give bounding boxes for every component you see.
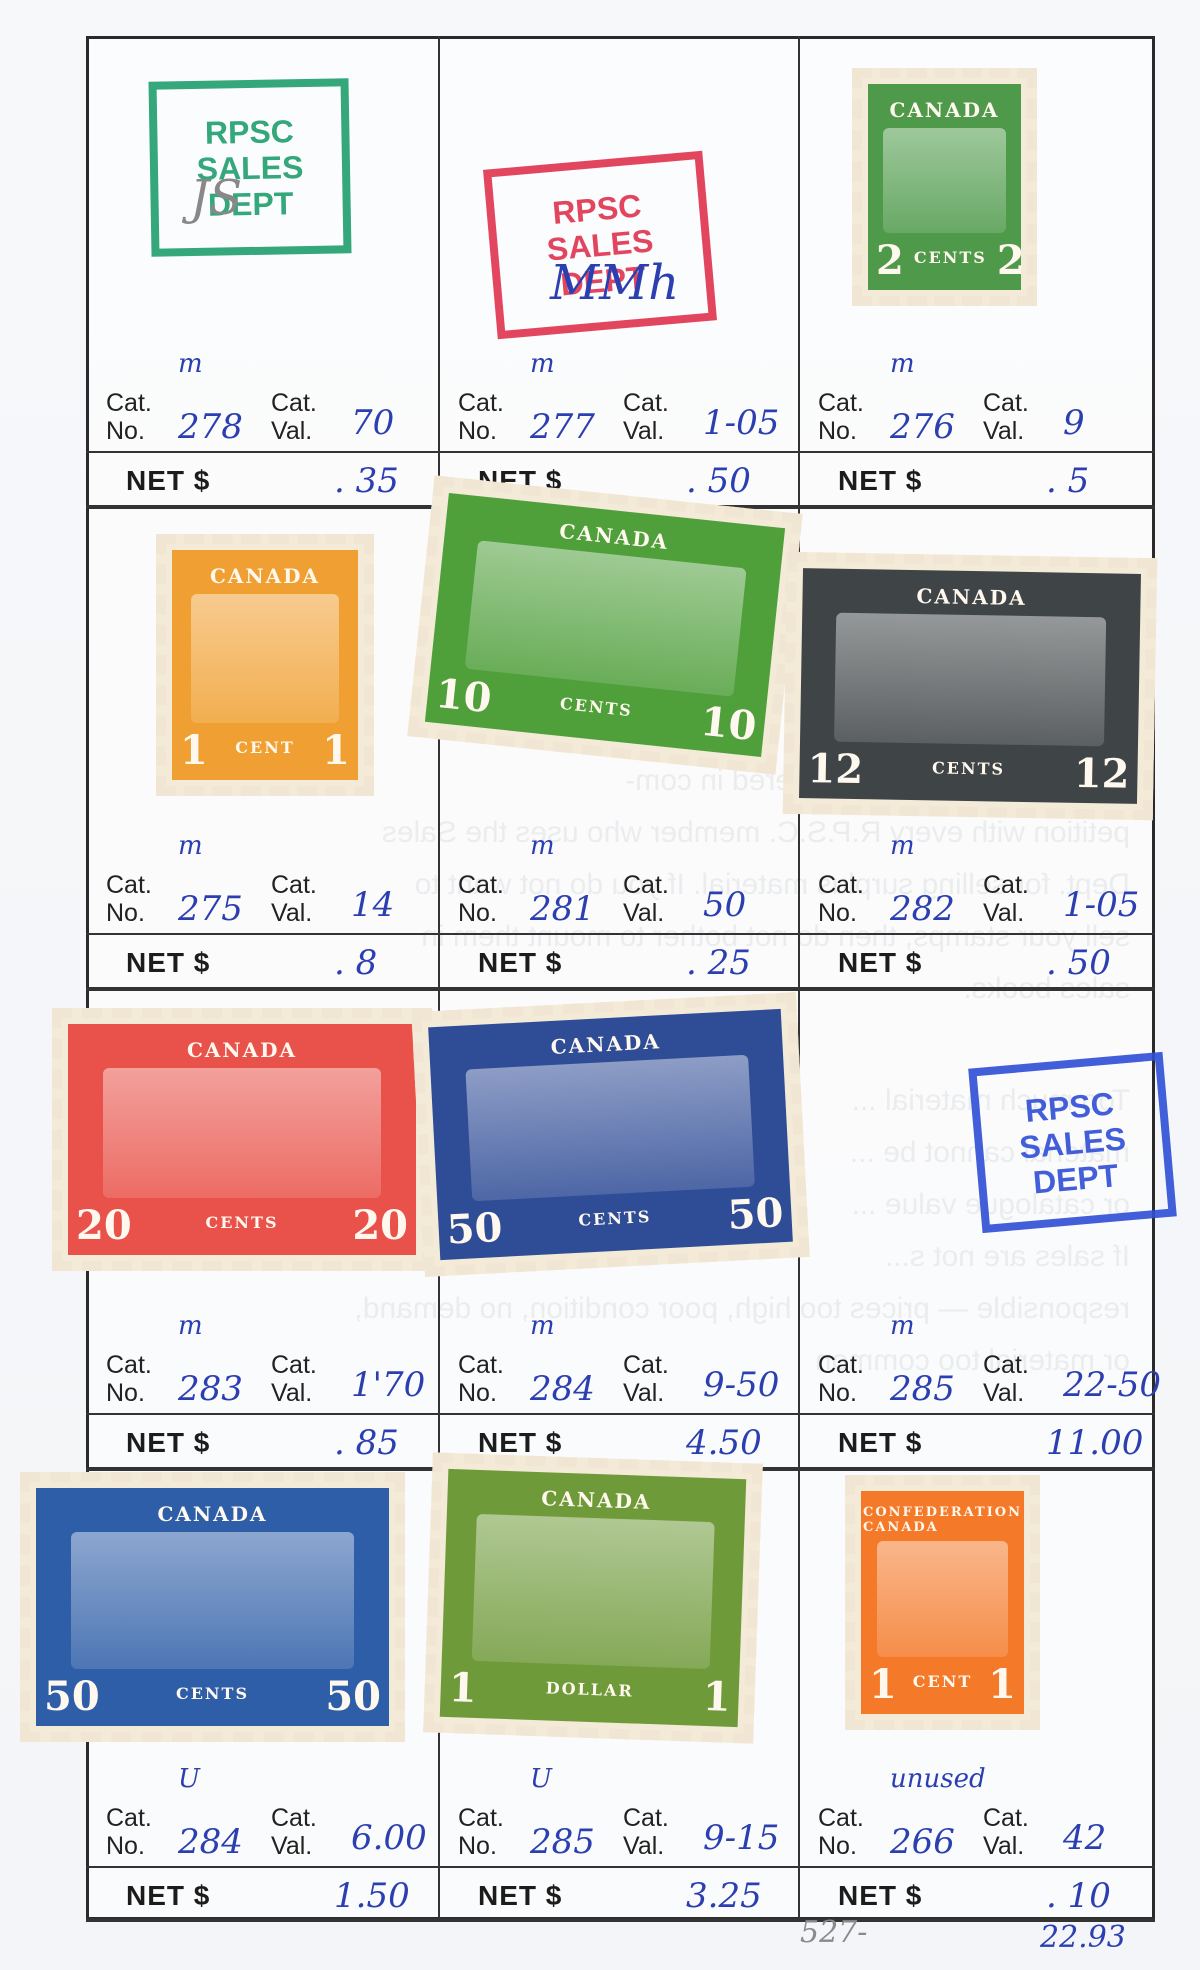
cat-no-value: 282 [890, 889, 955, 929]
net-label: NET $ [126, 465, 210, 497]
cat-label: Cat. [983, 389, 1029, 417]
stamp-value-bar: 12CENTS12 [799, 745, 1138, 798]
cat-label: Cat. [623, 1351, 669, 1379]
cat-label: Cat. [271, 389, 317, 417]
cat-label: Cat. [623, 871, 669, 899]
stamp-vignette [103, 1068, 381, 1198]
val-label: Val. [271, 1379, 312, 1407]
stamp-country: CANADA [200, 562, 330, 590]
stamp-denomination: 12 [807, 745, 863, 793]
stamp-country: CANADA [879, 96, 1009, 124]
cat-val-label: Cat.Val. [983, 1351, 1029, 1407]
cat-no-label: Cat.No. [458, 389, 504, 445]
no-label: No. [458, 899, 497, 927]
cat-val-label: Cat.Val. [983, 871, 1029, 927]
net-value: . 10 [1046, 1876, 1111, 1916]
cat-no-label: Cat.No. [106, 389, 152, 445]
no-label: No. [458, 1379, 497, 1407]
stamp: CONFEDERATION CANADA1CENT1 [845, 1475, 1040, 1730]
cat-no-value: 276 [890, 407, 955, 447]
cat-no-value: 285 [530, 1822, 595, 1862]
net-value: . 25 [686, 943, 751, 983]
net-separator-line [86, 1866, 1155, 1868]
stamp-denomination: 1 [448, 1664, 477, 1712]
cat-no-label: Cat.No. [458, 871, 504, 927]
cat-label: Cat. [458, 871, 504, 899]
stamp-denomination: 20 [352, 1202, 408, 1249]
cat-no-label: Cat.No. [106, 1351, 152, 1407]
row-bottom-line [86, 1918, 1155, 1922]
net-label: NET $ [478, 1880, 562, 1912]
initials-signature: JS [190, 170, 242, 226]
val-label: Val. [983, 1832, 1024, 1860]
stamp-denomination: 50 [325, 1673, 381, 1720]
no-label: No. [818, 899, 857, 927]
net-label: NET $ [838, 1427, 922, 1459]
cat-val-value: 9-15 [703, 1818, 779, 1858]
stamp-design: CANADA50CENTS50 [36, 1488, 389, 1726]
cat-val-label: Cat.Val. [271, 1351, 317, 1407]
cat-label: Cat. [458, 1351, 504, 1379]
stamp-denomination: 10 [698, 698, 758, 751]
stamp-vignette [877, 1541, 1007, 1657]
cat-no-label: Cat.No. [106, 871, 152, 927]
net-value: 1.50 [334, 1876, 410, 1916]
stamp-value-bar: 20CENTS20 [68, 1202, 416, 1249]
no-label: No. [106, 417, 145, 445]
val-label: Val. [271, 1832, 312, 1860]
condition-note: m [178, 1311, 203, 1341]
stamp-value-bar: 1CENT1 [861, 1661, 1024, 1708]
cat-label: Cat. [106, 389, 152, 417]
cat-val-label: Cat.Val. [623, 1804, 669, 1860]
net-separator-line [86, 451, 1155, 453]
net-label: NET $ [838, 1880, 922, 1912]
condition-note: m [178, 349, 203, 379]
cat-val-label: Cat.Val. [271, 1804, 317, 1860]
cat-label: Cat. [818, 1804, 864, 1832]
stamp-design: CANADA20CENTS20 [68, 1024, 416, 1255]
cat-val-value: 1-05 [703, 403, 779, 443]
net-label: NET $ [126, 1427, 210, 1459]
stamp: CANADA50CENTS50 [411, 992, 809, 1277]
net-value: 3.25 [686, 1876, 762, 1916]
sales-book-page: your stamps are being offered in com-pet… [0, 0, 1200, 1970]
net-label: NET $ [126, 1880, 210, 1912]
cat-label: Cat. [106, 871, 152, 899]
cat-no-label: Cat.No. [106, 1804, 152, 1860]
stamp-vignette [71, 1532, 353, 1669]
cat-label: Cat. [458, 1804, 504, 1832]
handstamp-line: RPSC [205, 113, 295, 151]
condition-note: U [530, 1764, 552, 1794]
condition-note: unused [890, 1764, 986, 1794]
condition-note: m [890, 831, 915, 861]
cat-label: Cat. [623, 389, 669, 417]
condition-note: m [178, 831, 203, 861]
cat-label: Cat. [106, 1351, 152, 1379]
cat-label: Cat. [271, 871, 317, 899]
cat-label: Cat. [818, 1351, 864, 1379]
no-label: No. [458, 1832, 497, 1860]
val-label: Val. [271, 899, 312, 927]
no-label: No. [458, 417, 497, 445]
stamp-denomination: 1 [702, 1673, 731, 1721]
no-label: No. [818, 1379, 857, 1407]
stamp-denomination: 2 [997, 237, 1021, 284]
condition-note: m [530, 1311, 555, 1341]
cat-val-label: Cat.Val. [623, 1351, 669, 1407]
stamp: CANADA2CENTS2 [852, 68, 1037, 306]
stamp-country: CANADA [906, 582, 1037, 612]
net-label: NET $ [126, 947, 210, 979]
cat-label: Cat. [271, 1351, 317, 1379]
stamp-unit: CENTS [205, 1213, 278, 1232]
stamp-country: CANADA [540, 1027, 671, 1062]
sales-dept-handstamp: RPSCSALESDEPT [968, 1052, 1177, 1233]
cat-val-label: Cat.Val. [983, 1804, 1029, 1860]
column-divider [798, 36, 800, 507]
stamp-vignette [464, 540, 746, 697]
stamp-denomination: 10 [433, 670, 493, 723]
stamp: CANADA10CENTS10 [407, 475, 802, 774]
cat-val-value: 22-50 [1063, 1365, 1161, 1405]
stamp-design: CANADA1DOLLAR1 [440, 1469, 746, 1727]
cat-val-value: 14 [351, 885, 394, 925]
cat-no-value: 277 [530, 407, 595, 447]
stamp-vignette [466, 1055, 755, 1202]
cat-val-value: 9 [1063, 403, 1085, 443]
cat-label: Cat. [623, 1804, 669, 1832]
net-label: NET $ [838, 947, 922, 979]
cat-no-label: Cat.No. [458, 1351, 504, 1407]
val-label: Val. [623, 417, 664, 445]
cat-val-label: Cat.Val. [271, 389, 317, 445]
stamp-country: CONFEDERATION CANADA [861, 1503, 1024, 1537]
cat-no-value: 284 [178, 1822, 243, 1862]
stamp-unit: CENT [235, 738, 294, 757]
cat-no-label: Cat.No. [818, 1351, 864, 1407]
condition-note: m [890, 1311, 915, 1341]
pencil-total: 527- [800, 1915, 867, 1950]
stamp-unit: CENTS [176, 1684, 249, 1703]
val-label: Val. [623, 1379, 664, 1407]
stamp-unit: DOLLAR [545, 1678, 634, 1700]
condition-note: m [890, 349, 915, 379]
stamp-vignette [191, 594, 340, 723]
stamp-denomination: 1 [180, 727, 208, 774]
stamp-denomination: 50 [44, 1673, 100, 1720]
cat-val-label: Cat.Val. [271, 871, 317, 927]
cat-label: Cat. [983, 1804, 1029, 1832]
net-value: . 85 [334, 1423, 399, 1463]
no-label: No. [818, 1832, 857, 1860]
cat-label: Cat. [983, 1351, 1029, 1379]
stamp: CANADA20CENTS20 [52, 1008, 432, 1271]
val-label: Val. [623, 1832, 664, 1860]
cat-label: Cat. [983, 871, 1029, 899]
condition-note: U [178, 1764, 200, 1794]
cat-val-value: 1'70 [351, 1365, 425, 1405]
cat-no-value: 281 [530, 889, 595, 929]
net-label: NET $ [838, 465, 922, 497]
stamp: CANADA1DOLLAR1 [423, 1452, 763, 1743]
stamp-value-bar: 2CENTS2 [868, 237, 1021, 284]
val-label: Val. [983, 899, 1024, 927]
net-value: 4.50 [686, 1423, 762, 1463]
cat-no-value: 266 [890, 1822, 955, 1862]
cat-val-label: Cat.Val. [623, 871, 669, 927]
handstamp-line: DEPT [1032, 1157, 1120, 1200]
stamp-denomination: 1 [322, 727, 350, 774]
stamp-unit: CENTS [578, 1207, 652, 1230]
val-label: Val. [623, 899, 664, 927]
cat-no-value: 283 [178, 1369, 243, 1409]
stamp-design: CANADA50CENTS50 [428, 1009, 793, 1260]
cat-no-value: 278 [178, 407, 243, 447]
cat-label: Cat. [271, 1804, 317, 1832]
cat-no-label: Cat.No. [818, 1804, 864, 1860]
cat-val-label: Cat.Val. [983, 389, 1029, 445]
cat-val-value: 50 [703, 885, 746, 925]
val-label: Val. [983, 1379, 1024, 1407]
val-label: Val. [983, 417, 1024, 445]
stamp: CANADA50CENTS50 [20, 1472, 405, 1742]
cat-label: Cat. [818, 389, 864, 417]
stamp: CANADA12CENTS12 [783, 552, 1158, 820]
net-value: . 35 [334, 461, 399, 501]
stamp-denomination: 50 [446, 1204, 504, 1254]
net-value: . 50 [686, 461, 751, 501]
stamp-denomination: 1 [988, 1661, 1016, 1708]
stamp-value-bar: 50CENTS50 [36, 1673, 389, 1720]
stamp-vignette [834, 613, 1107, 747]
stamp-vignette [472, 1514, 715, 1669]
stamp-unit: CENT [913, 1672, 972, 1691]
condition-note: m [530, 349, 555, 379]
stamp-denomination: 1 [869, 1661, 897, 1708]
stamp-denomination: 2 [876, 237, 904, 284]
stamp-design: CANADA2CENTS2 [868, 84, 1021, 290]
net-separator-line [86, 1413, 1155, 1415]
cat-no-label: Cat.No. [818, 389, 864, 445]
cat-no-label: Cat.No. [458, 1804, 504, 1860]
cat-no-value: 275 [178, 889, 243, 929]
stamp-design: CANADA1CENT1 [172, 550, 358, 780]
cat-val-label: Cat.Val. [623, 389, 669, 445]
stamp-value-bar: 1DOLLAR1 [440, 1664, 739, 1721]
stamp-design: CANADA12CENTS12 [799, 568, 1141, 804]
stamp-unit: CENTS [914, 248, 987, 267]
net-value: . 5 [1046, 461, 1089, 501]
stamp-unit: CENTS [559, 694, 634, 721]
condition-note: m [530, 831, 555, 861]
net-separator-line [86, 933, 1155, 935]
page-total: 22.93 [1040, 1920, 1126, 1955]
stamp: CANADA1CENT1 [156, 534, 374, 796]
stamp-denomination: 20 [76, 1202, 132, 1249]
no-label: No. [818, 417, 857, 445]
no-label: No. [106, 899, 145, 927]
stamp-design: CANADA10CENTS10 [425, 493, 785, 757]
cat-val-value: 70 [351, 403, 394, 443]
net-label: NET $ [478, 947, 562, 979]
val-label: Val. [271, 417, 312, 445]
stamp-denomination: 12 [1073, 750, 1129, 798]
stamp-design: CONFEDERATION CANADA1CENT1 [861, 1491, 1024, 1714]
cat-no-label: Cat.No. [818, 871, 864, 927]
row-bottom-line [86, 987, 1155, 991]
cat-no-value: 285 [890, 1369, 955, 1409]
no-label: No. [106, 1832, 145, 1860]
column-divider [438, 36, 440, 507]
stamp-value-bar: 1CENT1 [172, 727, 358, 774]
net-value: . 8 [334, 943, 377, 983]
cat-label: Cat. [458, 389, 504, 417]
stamp-country: CANADA [177, 1036, 307, 1064]
cat-val-value: 42 [1063, 1818, 1106, 1858]
stamp-country: CANADA [147, 1500, 277, 1528]
cat-label: Cat. [106, 1804, 152, 1832]
stamp-country: CANADA [531, 1484, 662, 1517]
cat-no-value: 284 [530, 1369, 595, 1409]
cat-label: Cat. [818, 871, 864, 899]
cat-val-value: 9-50 [703, 1365, 779, 1405]
sales-dept-handstamp: RPSCSALESDEPT [148, 78, 351, 256]
stamp-denomination: 50 [726, 1189, 784, 1239]
cat-val-value: 1-05 [1063, 885, 1139, 925]
column-divider [798, 1469, 800, 1920]
stamp-unit: CENTS [932, 758, 1005, 778]
cat-val-value: 6.00 [351, 1818, 427, 1858]
no-label: No. [106, 1379, 145, 1407]
net-value: 11.00 [1046, 1423, 1143, 1463]
stamp-vignette [883, 128, 1005, 233]
net-value: . 50 [1046, 943, 1111, 983]
initials-signature: MMh [550, 255, 679, 311]
